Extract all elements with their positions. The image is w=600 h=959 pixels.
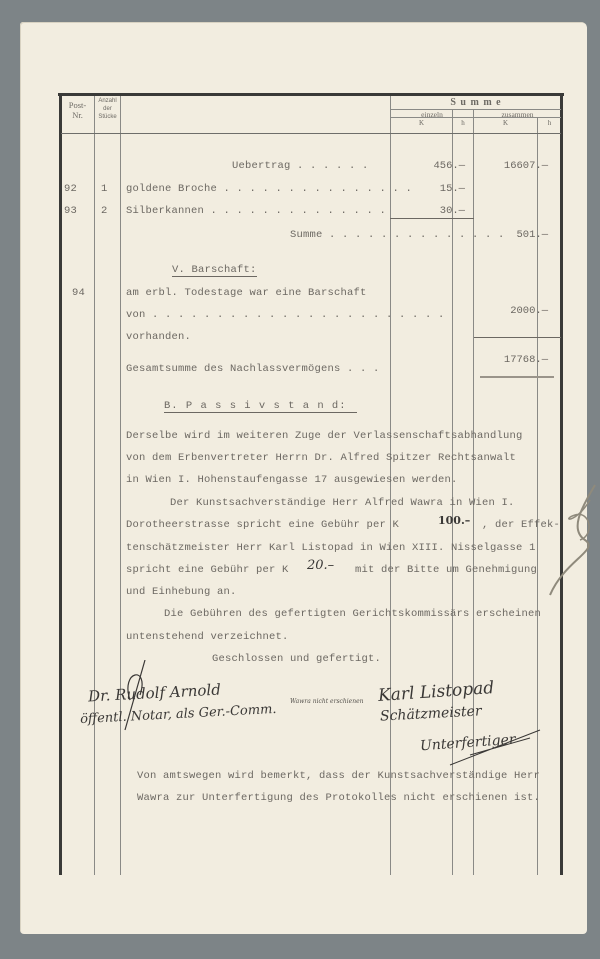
passivstand-line-6: tenschätzmeister Herr Karl Listopad in W…: [126, 542, 536, 554]
passivstand-line-4: Der Kunstsachverständige Herr Alfred Waw…: [170, 497, 515, 509]
passivstand-line-7a: spricht eine Gebühr per K: [126, 564, 289, 576]
header-post-nr: Post- Nr.: [61, 100, 94, 120]
row-92-einzeln: 15.—: [391, 183, 465, 195]
passivstand-heading: B. P a s s i v s t a n d:: [164, 400, 357, 413]
closing-note-line-1: Von amtswegen wird bemerkt, dass der Kun…: [137, 770, 540, 782]
fee-wawra-handwritten: 100.–: [438, 514, 470, 527]
passivstand-line-10: untenstehend verzeichnet.: [126, 631, 289, 643]
header-k-zusammen: K: [474, 119, 537, 127]
closing-note-line-2: Wawra zur Unterfertigung des Protokolles…: [137, 792, 540, 804]
table-left-border: [59, 93, 62, 875]
header-h-einzeln: h: [453, 119, 473, 127]
passivstand-line-5a: Dorotheerstrasse spricht eine Gebühr per…: [126, 519, 399, 531]
passivstand-line-9: Die Gebühren des gefertigten Gerichtskom…: [164, 608, 541, 620]
passivstand-line-2: von dem Erbenvertreter Herrn Dr. Alfred …: [126, 452, 516, 464]
passivstand-line-1: Derselbe wird im weiteren Zuge der Verla…: [126, 430, 523, 442]
barschaft-line2: von . . . . . . . . . . . . . . . . . . …: [126, 309, 445, 321]
row-uebertrag-text: Uebertrag . . . . . .: [232, 160, 369, 172]
barschaft-line1: am erbl. Todestage war eine Barschaft: [126, 287, 367, 299]
row-93-einzeln: 30.—: [391, 205, 465, 217]
row-uebertrag-einzeln: 456.—: [391, 160, 465, 172]
header-h-zusammen: h: [538, 119, 561, 127]
header-einzeln: einzeln: [391, 110, 473, 119]
barschaft-line3: vorhanden.: [126, 331, 191, 343]
header-zusammen: zusammen: [474, 110, 561, 119]
header-summe: S u m m e: [391, 97, 561, 108]
row-summe-zusammen: 501.—: [474, 229, 548, 241]
row-93-post: 93: [64, 205, 77, 217]
table-top-border: [58, 93, 564, 96]
barschaft-amount: 2000.—: [474, 305, 548, 317]
row-summe-text: Summe . . . . . . . . . . . . . .: [290, 229, 505, 241]
row-92-anzahl: 1: [101, 183, 108, 195]
header-k-einzeln: K: [391, 119, 452, 127]
total-rule: [474, 337, 561, 338]
barschaft-heading: V. Barschaft:: [172, 264, 257, 277]
fee-listopad-handwritten: 20.–: [307, 558, 334, 573]
passivstand-line-8: und Einhebung an.: [126, 586, 237, 598]
header-anzahl: Anzahl der Stücke: [95, 97, 120, 121]
barschaft-post: 94: [72, 287, 85, 299]
passivstand-line-3: in Wien I. Hohenstaufengasse 17 ausgewie…: [126, 474, 458, 486]
signature-flourish-icon: [90, 660, 560, 780]
row-92-post: 92: [64, 183, 77, 195]
gesamtsumme-label: Gesamtsumme des Nachlassvermögens . . .: [126, 363, 380, 375]
gesamtsumme-amount: 17768.—: [474, 354, 548, 366]
row-92-text: goldene Broche . . . . . . . . . . . . .…: [126, 183, 412, 195]
row-93-anzahl: 2: [101, 205, 108, 217]
gesamtsumme-double-rule: [480, 376, 554, 378]
row-93-text: Silberkannen . . . . . . . . . . . . . .: [126, 205, 386, 217]
row-uebertrag-zusammen: 16607.—: [474, 160, 548, 172]
header-bottom: [61, 133, 561, 134]
binding-string-icon: [545, 480, 600, 600]
passivstand-line-7b: mit der Bitte um Genehmigung: [355, 564, 537, 576]
subtotal-rule: [390, 218, 474, 219]
